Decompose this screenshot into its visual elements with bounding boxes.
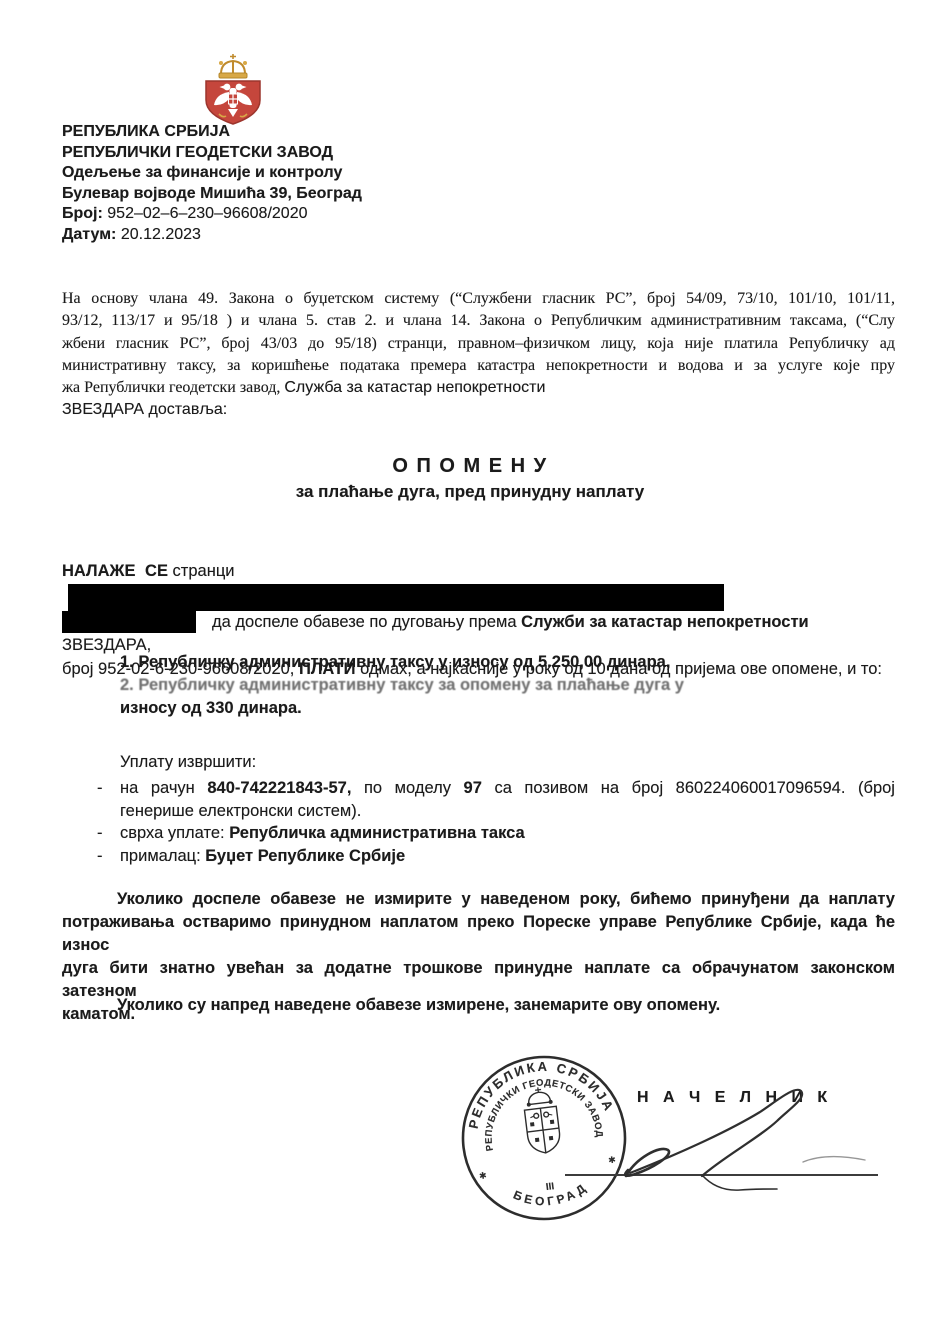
doc-number-row: Број: 952–02–6–230–96608/2020: [62, 204, 362, 225]
stamp-star-left: ✱: [479, 1170, 488, 1181]
doc-date-row: Датум: 20.12.2023: [62, 225, 362, 246]
recipient-label: прималац:: [120, 847, 201, 865]
org-department: Одељење за финансије и контролу: [62, 163, 362, 184]
serbia-coat-of-arms-icon: [200, 52, 266, 126]
handwritten-signature: [560, 1058, 900, 1208]
redaction-bar-2: [62, 611, 196, 633]
doc-number-value: 952–02–6–230–96608/2020: [107, 205, 307, 222]
purpose-value: Републичка административна такса: [229, 824, 525, 842]
intro-line-5-sans: Служба за катастар непокретности: [284, 379, 545, 396]
intro-line-1: На основу члана 49. Закона о буџетском с…: [62, 288, 895, 310]
intro-line-4: министративну таксу, за коришћење подата…: [62, 355, 895, 377]
doc-number-label: Број:: [62, 205, 103, 222]
doc-date-label: Датум:: [62, 226, 116, 243]
purpose-label: сврха уплате:: [120, 824, 225, 842]
disregard-note: Уколико су напред наведене обавезе измир…: [117, 996, 720, 1015]
list-item-2-continuation: износу од 330 динара.: [120, 697, 684, 720]
reference-number: са позивом на број 860224060017096594. (…: [494, 779, 895, 797]
bullet-dash: -: [97, 822, 120, 845]
order-party-word: странци: [173, 562, 235, 580]
org-country: РЕПУБЛИКА СРБИЈА: [62, 122, 362, 143]
penalty-line-2: потраживања остваримо принудном наплатом…: [62, 911, 895, 957]
order-line-2-text: да доспеле обавезе по дуговању према: [212, 613, 517, 631]
org-name: РЕПУБЛИЧКИ ГЕОДЕТСКИ ЗАВОД: [62, 143, 362, 164]
account-number: 840-742221843-57,: [207, 779, 351, 797]
payment-bullets: - на рачун 840-742221843-57, по моделу 9…: [97, 777, 895, 867]
account-line-1: на рачун 840-742221843-57, по моделу 97 …: [120, 777, 895, 800]
account-line-2: генерише електронски систем).: [120, 800, 895, 823]
payment-bullet-purpose: - сврха уплате: Републичка административ…: [97, 822, 895, 845]
document-page: РЕПУБЛИКА СРБИЈА РЕПУБЛИЧКИ ГЕОДЕТСКИ ЗА…: [0, 0, 940, 1335]
intro-line-5: жа Републички геодетски завод, Служба за…: [62, 377, 895, 399]
intro-line-3: жбени гласник РС”, број 43/03 до 95/18) …: [62, 333, 895, 355]
list-item-2: 2. Републичку административну таксу за о…: [120, 674, 684, 697]
stamp-number: III: [545, 1181, 555, 1193]
document-title: О П О М Е Н У: [0, 455, 940, 478]
obligations-list: 1. Републичку административну таксу у из…: [120, 651, 684, 720]
intro-line-6: ЗВЕЗДАРА доставља:: [62, 399, 895, 421]
model-number: 97: [464, 779, 482, 797]
payment-bullet-account: - на рачун 840-742221843-57, по моделу 9…: [97, 777, 895, 822]
account-pre: на рачун: [120, 779, 195, 797]
order-keyword: НАЛАЖЕ СЕ: [62, 562, 168, 580]
recipient-value: Буџет Републике Србије: [205, 847, 405, 865]
intro-line-2: 93/12, 113/17 и 95/18 ) и члана 5. став …: [62, 310, 895, 332]
penalty-line-1: Уколико доспеле обавезе не измирите у на…: [62, 888, 895, 911]
doc-date-value: 20.12.2023: [121, 226, 201, 243]
model-pre: по моделу: [364, 779, 451, 797]
org-address: Булевар војводе Мишића 39, Београд: [62, 184, 362, 205]
order-line-2-bold: Служби за катастар непокретности: [521, 613, 809, 631]
order-line-1: НАЛАЖЕ СЕ странци: [62, 560, 895, 611]
letterhead: РЕПУБЛИКА СРБИЈА РЕПУБЛИЧКИ ГЕОДЕТСКИ ЗА…: [62, 122, 362, 246]
crown-icon: [219, 54, 247, 78]
legal-intro-paragraph: На основу члана 49. Закона о буџетском с…: [62, 288, 895, 422]
bullet-dash: -: [97, 777, 120, 822]
bullet-dash: -: [97, 845, 120, 868]
document-subtitle: за плаћање дуга, пред принудну наплату: [0, 482, 940, 502]
list-item-1: 1. Републичку административну таксу у из…: [120, 651, 684, 674]
redaction-bar-1: [68, 584, 724, 611]
intro-line-5-serif: жа Републички геодетски завод,: [62, 379, 284, 396]
payment-heading: Уплату извршити:: [120, 753, 256, 772]
payment-bullet-recipient: - прималац: Буџет Републике Србије: [97, 845, 895, 868]
stamp-coat-of-arms: [522, 1085, 562, 1154]
